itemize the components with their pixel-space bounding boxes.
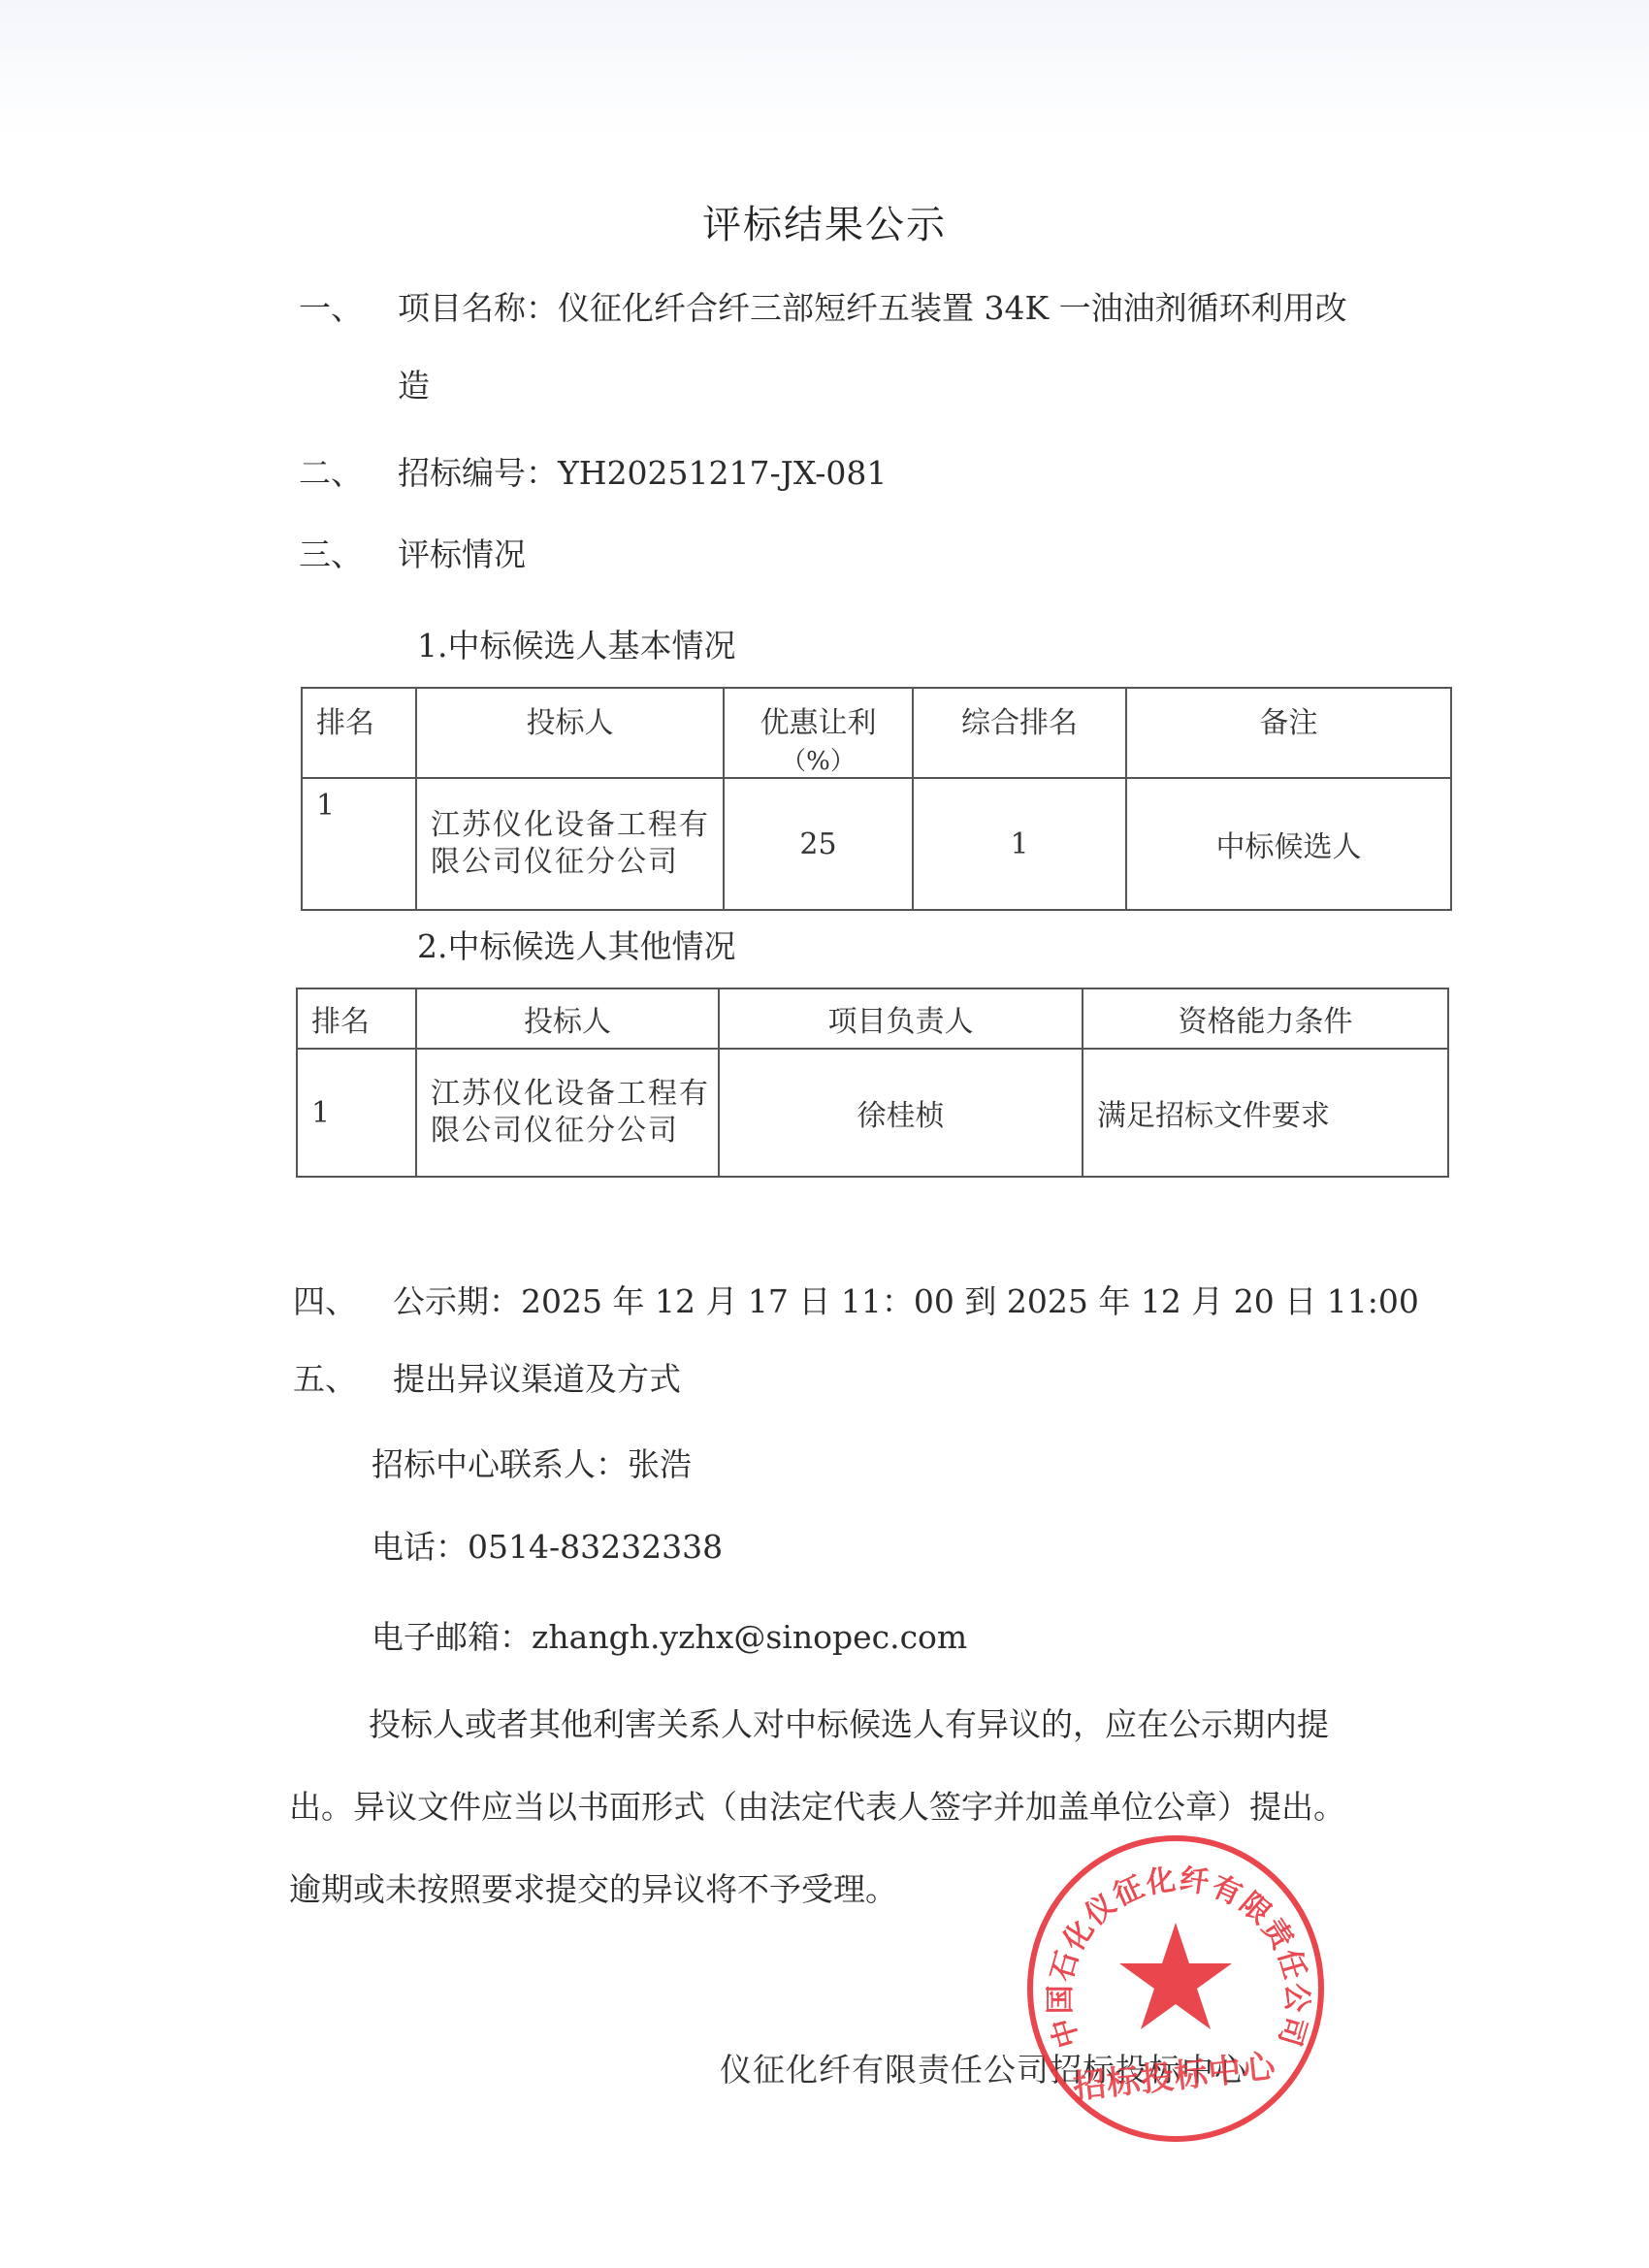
cell-qualification: 满足招标文件要求 [1083, 1049, 1448, 1177]
svg-text:中国石化仪征化纤有限责任公司: 中国石化仪征化纤有限责任公司 [1044, 1863, 1313, 2052]
candidate-other-table: 排名 投标人 项目负责人 资格能力条件 1 江苏仪化设备工程有限公司仪征分公司 … [296, 988, 1449, 1178]
cell-overall-rank: 1 [913, 778, 1126, 910]
header-project-manager: 项目负责人 [719, 988, 1083, 1049]
scan-tint [0, 0, 1649, 136]
cell-remark: 中标候选人 [1126, 778, 1451, 910]
header-overall-rank: 综合排名 [913, 688, 1126, 778]
table-row: 1 江苏仪化设备工程有限公司仪征分公司 徐桂桢 满足招标文件要求 [297, 1049, 1448, 1177]
header-discount-unit: （%） [725, 741, 912, 777]
official-seal-icon: 中国石化仪征化纤有限责任公司 招标投标中心 [1018, 1833, 1329, 2144]
header-discount: 优惠让利 （%） [724, 688, 913, 778]
project-name-line1: 项目名称：仪征化纤合纤三部短纤五装置 34K 一油油剂循环利用改 [398, 289, 1347, 328]
header-bidder: 投标人 [416, 688, 724, 778]
evaluation-heading: 评标情况 [398, 535, 526, 574]
cell-project-manager: 徐桂桢 [719, 1049, 1083, 1177]
cell-discount: 25 [724, 778, 913, 910]
tender-number: 招标编号：YH20251217-JX-081 [398, 454, 887, 493]
issuer-signature: 仪征化纤有限责任公司招标投标中心 [720, 2045, 1247, 2090]
publicity-period: 公示期：2025 年 12 月 17 日 11：00 到 2025 年 12 月… [393, 1282, 1419, 1321]
notice-line-3: 逾期或未按照要求提交的异议将不予受理。 [289, 1870, 897, 1909]
page-title: 评标结果公示 [0, 194, 1649, 249]
objection-heading: 提出异议渠道及方式 [393, 1360, 681, 1399]
cell-bidder: 江苏仪化设备工程有限公司仪征分公司 [416, 1049, 719, 1177]
subheading-basic-info: 1.中标候选人基本情况 [417, 621, 736, 666]
header-remark: 备注 [1126, 688, 1451, 778]
section-4-label: 四、 [293, 1282, 380, 1321]
header-bidder: 投标人 [416, 988, 719, 1049]
header-discount-label: 优惠让利 [725, 698, 912, 741]
cell-rank: 1 [302, 778, 416, 910]
notice-line-2: 出。异议文件应当以书面形式（由法定代表人签字并加盖单位公章）提出。 [289, 1788, 1345, 1827]
table-header-row: 排名 投标人 项目负责人 资格能力条件 [297, 988, 1448, 1049]
section-1-label: 一、 [299, 289, 386, 328]
cell-bidder: 江苏仪化设备工程有限公司仪征分公司 [416, 778, 724, 910]
contact-person: 招标中心联系人：张浩 [372, 1445, 692, 1484]
header-qualification: 资格能力条件 [1083, 988, 1448, 1049]
notice-line-1: 投标人或者其他利害关系人对中标候选人有异议的，应在公示期内提 [369, 1705, 1329, 1744]
section-2-label: 二、 [299, 454, 386, 493]
header-rank: 排名 [297, 988, 416, 1049]
header-rank: 排名 [302, 688, 416, 778]
subheading-other-info: 2.中标候选人其他情况 [417, 922, 736, 967]
section-3-label: 三、 [299, 535, 386, 574]
project-name-line2: 造 [398, 367, 430, 405]
cell-rank: 1 [297, 1049, 416, 1177]
table-row: 1 江苏仪化设备工程有限公司仪征分公司 25 1 中标候选人 [302, 778, 1451, 910]
contact-email: 电子邮箱：zhangh.yzhx@sinopec.com [372, 1618, 967, 1657]
section-5-label: 五、 [293, 1360, 380, 1399]
table-header-row: 排名 投标人 优惠让利 （%） 综合排名 备注 [302, 688, 1451, 778]
contact-phone: 电话：0514-83232338 [372, 1528, 723, 1567]
candidate-basic-table: 排名 投标人 优惠让利 （%） 综合排名 备注 1 江苏仪化设备工程有限公司仪征… [301, 687, 1452, 911]
